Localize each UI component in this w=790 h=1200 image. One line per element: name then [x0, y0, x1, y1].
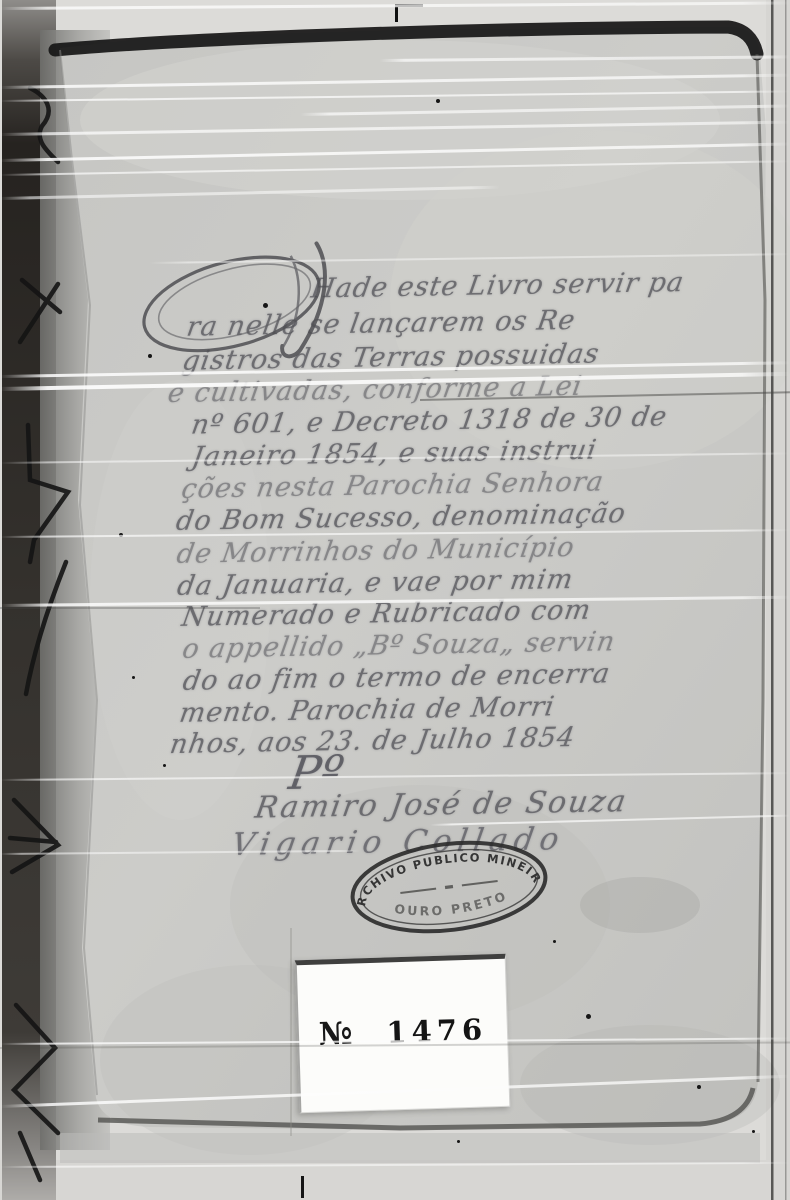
- ink-speck: [163, 764, 166, 767]
- ink-speck: [436, 99, 440, 103]
- ink-speck: [697, 1085, 701, 1089]
- ink-speck: [752, 1130, 755, 1133]
- ink-speck: [263, 303, 268, 308]
- scan-scratch-line: [0, 607, 260, 609]
- scanned-archival-book-page: Hade este Livro servir pa ra nelle se la…: [0, 0, 790, 1200]
- ink-tick-mark: [301, 1176, 304, 1198]
- stamp-divider-dashes: [400, 881, 497, 893]
- numero-symbol: №: [318, 1015, 353, 1052]
- ink-speck: [586, 1014, 591, 1019]
- ink-speck: [132, 676, 135, 679]
- ink-speck: [457, 1140, 460, 1143]
- ink-speck: [553, 940, 556, 943]
- manuscript-line-1: Hade este Livro servir pa: [309, 267, 687, 305]
- ink-speck: [148, 354, 152, 358]
- initial-flourish: [130, 237, 344, 369]
- manuscript-line-15: nhos, aos 23. de Julho 1854: [168, 722, 578, 760]
